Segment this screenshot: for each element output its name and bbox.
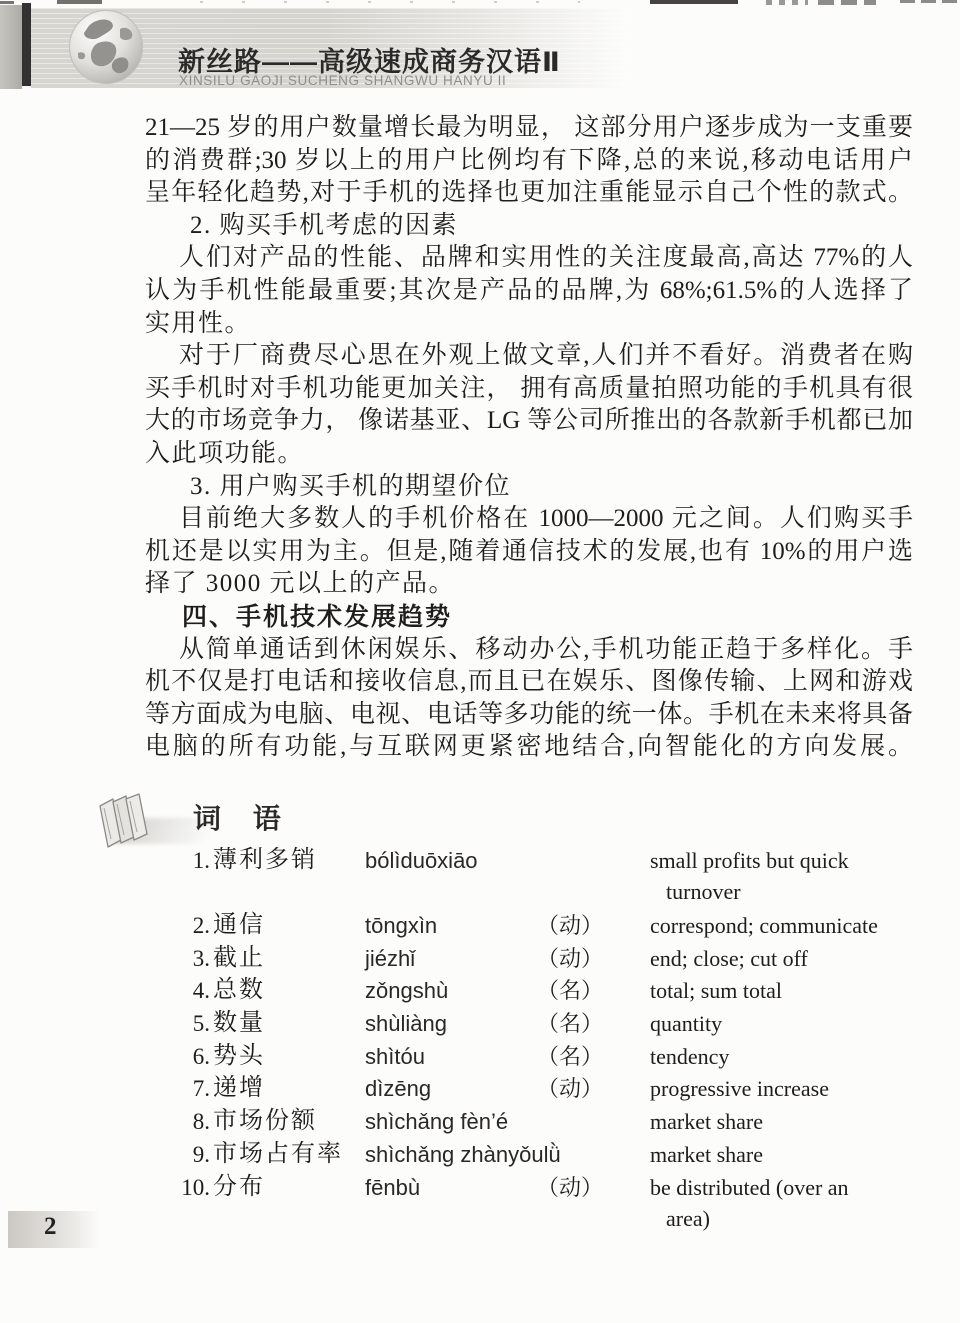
vocab-number: 9. [178, 1139, 210, 1170]
vocab-english: market share [650, 1106, 912, 1137]
vocab-row: 9.市场占有率shìchǎng zhànyǒulǜmarket share [188, 1139, 908, 1172]
vocab-number: 5. [178, 1008, 210, 1039]
vocab-pos: （动） [537, 1172, 603, 1203]
body-line: 人们对产品的性能、品牌和实用性的关注度最高,高达 77%的人 [145, 242, 913, 275]
vocab-english: correspond; communicate [650, 910, 912, 941]
vocab-number: 8. [178, 1106, 210, 1137]
vocab-english-line: tendency [650, 1041, 912, 1072]
globe-icon [68, 9, 144, 85]
vocab-english-line: quantity [650, 1008, 912, 1039]
vocab-word: 分布 [213, 1172, 265, 1203]
scan-artifact [650, 0, 738, 4]
vocab-english: be distributed (over anarea) [650, 1172, 912, 1234]
vocab-english: total; sum total [650, 975, 912, 1006]
scan-artifact [900, 0, 958, 3]
vocab-number: 3. [178, 943, 210, 974]
scan-artifact [0, 1, 14, 4]
vocab-pos: （动） [537, 1073, 603, 1104]
body-line: 机还是以实用为主。但是,随着通信技术的发展,也有 10%的用户选 [145, 536, 913, 569]
scan-artifact [818, 0, 876, 5]
body-line: 21—25 岁的用户数量增长最为明显， 这部分用户逐步成为一支重要 [145, 112, 913, 145]
vocab-english-line: small profits but quick [650, 845, 912, 876]
body-line: 机不仅是打电话和接收信息,而且已在娱乐、图像传输、上网和游戏 [145, 666, 913, 699]
vocab-english-line: market share [650, 1106, 912, 1137]
page-number: 2 [44, 1213, 57, 1241]
vocab-english-line: correspond; communicate [650, 910, 912, 941]
vocab-pinyin: fēnbù [365, 1172, 420, 1203]
vocab-pinyin: bólìduōxiāo [365, 845, 478, 876]
vocab-word: 截止 [213, 943, 265, 974]
vocab-english-line: be distributed (over an [650, 1172, 912, 1203]
vocab-english-line: market share [650, 1139, 912, 1170]
vocab-pinyin: shìchǎng fèn’é [365, 1106, 508, 1137]
vocab-pinyin: jiézhǐ [365, 943, 415, 974]
vocab-word: 势头 [213, 1041, 265, 1072]
vocab-english: quantity [650, 1008, 912, 1039]
book-subtitle: XINSILU GAOJI SUCHENG SHANGWU HANYU II [179, 73, 506, 88]
body-line: 四、手机技术发展趋势 [145, 601, 913, 634]
body-line: 2. 购买手机考虑的因素 [145, 210, 913, 243]
body-line: 呈年轻化趋势,对于手机的选择也更加注重能显示自己个性的款式。 [145, 177, 913, 210]
textbook-page: 新丝路——高级速成商务汉语Ⅱ XINSILU GAOJI SUCHENG SHA… [0, 0, 960, 1323]
vocab-word: 市场份额 [213, 1106, 317, 1137]
vocab-pos: （名） [537, 975, 603, 1006]
vocab-word: 总数 [213, 975, 265, 1006]
vocab-number: 4. [178, 975, 210, 1006]
vocab-number: 7. [178, 1073, 210, 1104]
vocab-pos: （名） [537, 1008, 603, 1039]
page-edge-strip [0, 5, 22, 89]
vocab-row: 4.总数zǒngshù（名）total; sum total [188, 975, 908, 1008]
vocab-pos: （动） [537, 943, 603, 974]
vocab-pinyin: zǒngshù [365, 975, 448, 1006]
vocab-row: 10.分布fēnbù（动）be distributed (over anarea… [188, 1172, 908, 1237]
scan-artifact [57, 0, 102, 4]
vocab-word: 递增 [213, 1073, 265, 1104]
vocab-english: tendency [650, 1041, 912, 1072]
vocab-row: 7.递增dìzēng（动）progressive increase [188, 1073, 908, 1106]
body-line: 目前绝大多数人的手机价格在 1000—2000 元之间。人们购买手 [145, 503, 913, 536]
vocab-english-line: progressive increase [650, 1073, 912, 1104]
body-line: 电脑的所有功能,与互联网更紧密地结合,向智能化的方向发展。 [145, 731, 913, 764]
body-text: 21—25 岁的用户数量增长最为明显， 这部分用户逐步成为一支重要的消费群;30… [145, 112, 913, 764]
body-line: 大的市场竞争力， 像诺基亚、LG 等公司所推出的各款新手机都已加 [145, 405, 913, 438]
scan-artifact [766, 0, 808, 5]
vocab-english-line: area) [650, 1203, 912, 1234]
vocab-english: end; close; cut off [650, 943, 912, 974]
vocab-pinyin: tōngxìn [365, 910, 437, 941]
vocab-english-line: end; close; cut off [650, 943, 912, 974]
vocab-row: 1.薄利多销bólìduōxiāosmall profits but quick… [188, 845, 908, 910]
vocab-number: 6. [178, 1041, 210, 1072]
vocab-number: 2. [178, 910, 210, 941]
vocab-pos: （名） [537, 1041, 603, 1072]
vocab-word: 薄利多销 [213, 845, 317, 876]
vocab-english: market share [650, 1139, 912, 1170]
body-line: 等方面成为电脑、电视、电话等多功能的统一体。手机在未来将具备 [145, 699, 913, 732]
books-icon [96, 790, 168, 854]
body-line: 对于厂商费尽心思在外观上做文章,人们并不看好。消费者在购 [145, 340, 913, 373]
vocab-number: 1. [178, 845, 210, 876]
vocab-english-line: total; sum total [650, 975, 912, 1006]
vocab-row: 2.通信tōngxìn（动）correspond; communicate [188, 910, 908, 943]
vocab-pos: （动） [537, 910, 603, 941]
vocab-english-line: turnover [650, 876, 912, 907]
body-line: 入此项功能。 [145, 438, 913, 471]
scan-artifact [200, 1, 580, 3]
vocab-row: 3.截止jiézhǐ（动）end; close; cut off [188, 943, 908, 976]
vocab-pinyin: shìchǎng zhànyǒulǜ [365, 1139, 561, 1170]
vocab-pinyin: dìzēng [365, 1073, 431, 1104]
vocab-pinyin: shùliàng [365, 1008, 447, 1039]
body-line: 认为手机性能最重要;其次是产品的品牌,为 68%;61.5%的人选择了 [145, 275, 913, 308]
vocab-word: 市场占有率 [213, 1139, 343, 1170]
vocab-english: progressive increase [650, 1073, 912, 1104]
spine-bar [22, 3, 31, 86]
vocab-list: 1.薄利多销bólìduōxiāosmall profits but quick… [188, 845, 908, 1237]
vocab-section-title: 词 语 [193, 797, 293, 837]
vocab-number: 10. [178, 1172, 210, 1203]
body-line: 实用性。 [145, 308, 913, 341]
body-line: 择了 3000 元以上的产品。 [145, 568, 913, 601]
vocab-row: 8.市场份额shìchǎng fèn’émarket share [188, 1106, 908, 1139]
body-line: 3. 用户购买手机的期望价位 [145, 471, 913, 504]
body-line: 从简单通话到休闲娱乐、移动办公,手机功能正趋于多样化。手 [145, 634, 913, 667]
vocab-row: 6.势头shìtóu（名）tendency [188, 1041, 908, 1074]
vocab-word: 通信 [213, 910, 265, 941]
body-line: 买手机时对手机功能更加关注， 拥有高质量拍照功能的手机具有很 [145, 373, 913, 406]
page-number-box: 2 [8, 1211, 98, 1248]
vocab-pinyin: shìtóu [365, 1041, 425, 1072]
vocab-english: small profits but quickturnover [650, 845, 912, 907]
vocab-word: 数量 [213, 1008, 265, 1039]
body-line: 的消费群;30 岁以上的用户比例均有下降,总的来说,移动电话用户 [145, 145, 913, 178]
vocab-row: 5.数量shùliàng（名）quantity [188, 1008, 908, 1041]
